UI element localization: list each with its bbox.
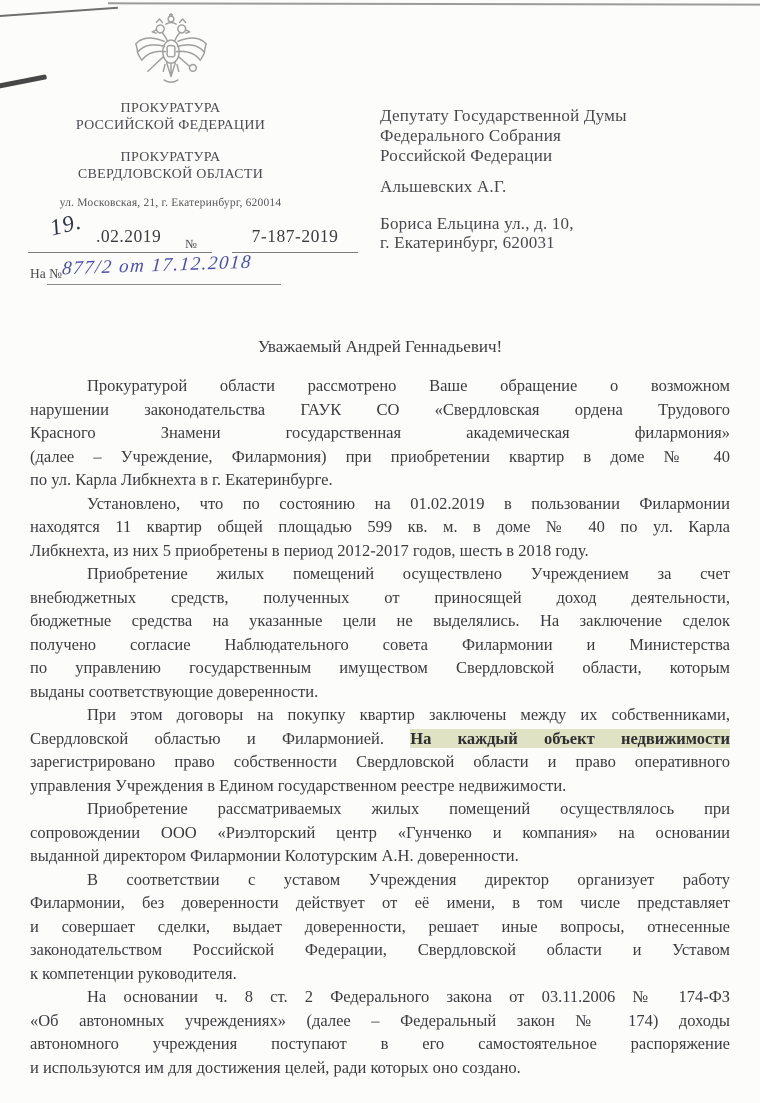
- scanned-letter-page: ПРОКУРАТУРА РОССИЙСКОЙ ФЕДЕРАЦИИ ПРОКУРА…: [0, 0, 760, 1103]
- body-line: Установлено, что по состоянию на 01.02.2…: [30, 492, 730, 516]
- org-line: СВЕРДЛОВСКОЙ ОБЛАСТИ: [28, 167, 313, 184]
- body-line: На основании ч. 8 ст. 2 Федерального зак…: [30, 985, 730, 1009]
- paragraph: При этом договоры на покупку квартир зак…: [30, 703, 730, 797]
- org-line: РОССИЙСКОЙ ФЕДЕРАЦИИ: [28, 118, 313, 135]
- recipient-address-line: г. Екатеринбург, 620031: [380, 233, 720, 252]
- reply-underline: [47, 284, 281, 285]
- recipient-address-line: Бориса Ельцина ул., д. 10,: [380, 214, 720, 233]
- body-line: Свердловской областью и Филармонией. На …: [30, 727, 730, 751]
- handwritten-reply-reference: 877/2 от 17.12.2018: [61, 252, 252, 281]
- body-line: управления Учреждения в Едином государст…: [30, 774, 730, 798]
- recipient-block: Депутату Государственной Думы Федерально…: [380, 106, 720, 252]
- recipient-name: Альшевских А.Г.: [380, 177, 720, 197]
- printed-date: .02.2019: [96, 226, 161, 247]
- body-line: Филармонии, без доверенности действует о…: [30, 891, 730, 915]
- date-underline: [28, 252, 212, 253]
- body-line: находятся 11 квартир общей площадью 599 …: [30, 515, 730, 539]
- letterhead-address: ул. Московская, 21, г. Екатеринбург, 620…: [28, 197, 313, 209]
- paragraph: Приобретение рассматриваемых жилых помещ…: [30, 797, 730, 868]
- body-line: (далее – Учреждение, Филармония) при при…: [30, 445, 730, 469]
- body-line: и используются им для достижения целей, …: [30, 1056, 730, 1080]
- highlighted-text: На каждый объект недвижимости: [410, 729, 730, 748]
- paragraph: На основании ч. 8 ст. 2 Федерального зак…: [30, 985, 730, 1079]
- body-line: бюджетные средства на указанные цели не …: [30, 609, 730, 633]
- body-line: и совершает сделки, выдает доверенности,…: [30, 915, 730, 939]
- body-line: Приобретение рассматриваемых жилых помещ…: [30, 797, 730, 821]
- body-line: выданной директором Филармонии Колотурск…: [30, 844, 730, 868]
- body-line: сопровождении ООО «Риэлторский центр «Гу…: [30, 821, 730, 845]
- body-line: Приобретение жилых помещений осуществлен…: [30, 562, 730, 586]
- body-line: зарегистрировано право собственности Све…: [30, 750, 730, 774]
- body-line: по управлению государственным имуществом…: [30, 656, 730, 680]
- org-name-regional: ПРОКУРАТУРА СВЕРДЛОВСКОЙ ОБЛАСТИ: [28, 150, 313, 183]
- body-line: внебюджетных средств, полученных от прин…: [30, 586, 730, 610]
- body-line: законодательством Российской Федерации, …: [30, 938, 730, 962]
- body-line: получено согласие Наблюдательного совета…: [30, 633, 730, 657]
- body-line: нарушении законодательства ГАУК СО «Свер…: [30, 398, 730, 422]
- letterhead: ПРОКУРАТУРА РОССИЙСКОЙ ФЕДЕРАЦИИ ПРОКУРА…: [28, 10, 313, 209]
- paragraph: В соответствии с уставом Учреждения дире…: [30, 868, 730, 986]
- org-line: ПРОКУРАТУРА: [28, 150, 313, 167]
- recipient-address: Бориса Ельцина ул., д. 10, г. Екатеринбу…: [380, 214, 720, 252]
- letter-body: Прокуратурой области рассмотрено Ваше об…: [30, 374, 730, 1079]
- recipient-position-line: Депутату Государственной Думы: [380, 106, 720, 126]
- org-line: ПРОКУРАТУРА: [28, 101, 313, 118]
- scan-edge-line: [108, 2, 760, 5]
- body-line: В соответствии с уставом Учреждения дире…: [30, 868, 730, 892]
- reply-to-label: На №: [30, 266, 62, 282]
- number-sign: №: [185, 237, 197, 252]
- body-line: к компетенции руководителя.: [30, 962, 730, 986]
- recipient-position-line: Российской Федерации: [380, 146, 720, 166]
- paragraph: Установлено, что по состоянию на 01.02.2…: [30, 492, 730, 563]
- body-line: автономного учреждения поступают в его с…: [30, 1032, 730, 1056]
- body-line: выданы соответствующие доверенности.: [30, 680, 730, 704]
- body-line: по ул. Карла Либкнехта в г. Екатеринбург…: [30, 468, 730, 492]
- paragraph: Прокуратурой области рассмотрено Ваше об…: [30, 374, 730, 492]
- org-name-federal: ПРОКУРАТУРА РОССИЙСКОЙ ФЕДЕРАЦИИ: [28, 101, 313, 134]
- body-line: Либкнехта, из них 5 приобретены в период…: [30, 539, 730, 563]
- body-line: Прокуратурой области рассмотрено Ваше об…: [30, 374, 730, 398]
- outgoing-number: 7-187-2019: [232, 226, 358, 247]
- paragraph: Приобретение жилых помещений осуществлен…: [30, 562, 730, 703]
- body-line: Красного Знамени государственная академи…: [30, 421, 730, 445]
- handwritten-date-day: 19.: [47, 209, 84, 242]
- body-line: «Об автономных учреждениях» (далее – Фед…: [30, 1009, 730, 1033]
- recipient-position-line: Федерального Собрания: [380, 126, 720, 146]
- salutation: Уважаемый Андрей Геннадьевич!: [30, 337, 730, 357]
- russia-coat-of-arms-icon: [128, 13, 214, 92]
- body-line: При этом договоры на покупку квартир зак…: [30, 703, 730, 727]
